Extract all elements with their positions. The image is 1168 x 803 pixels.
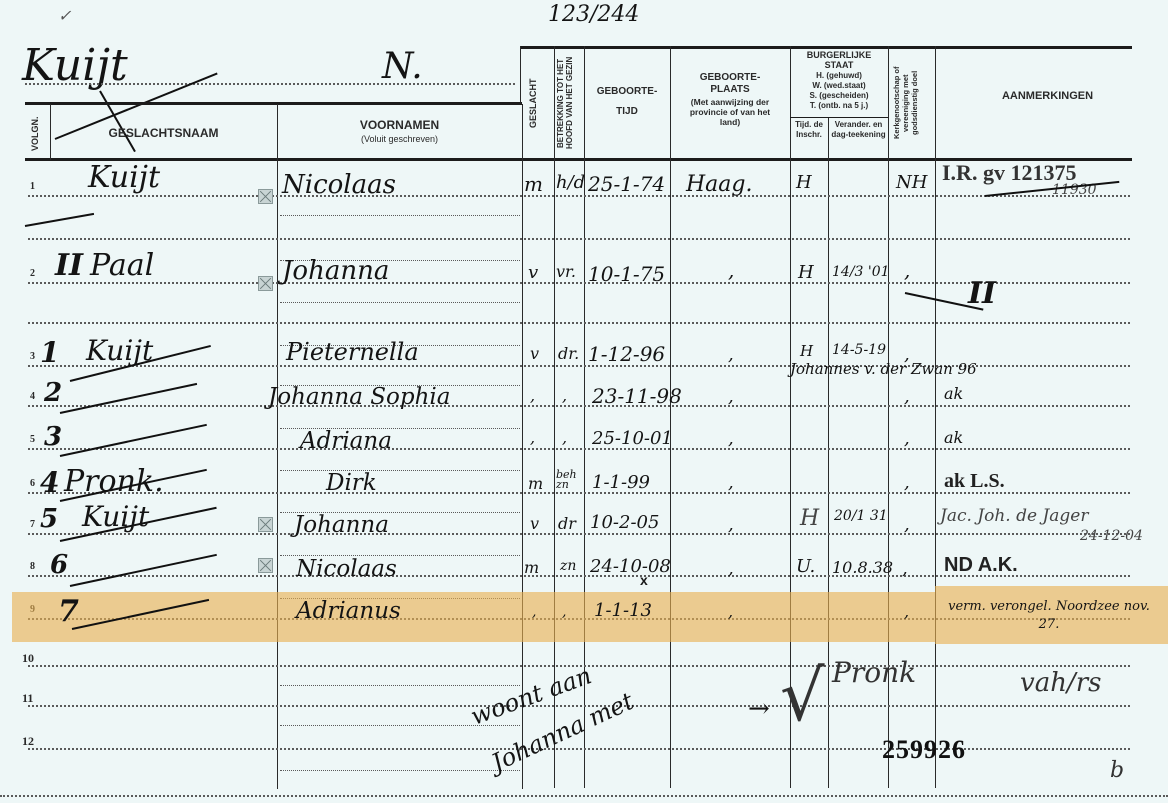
row-9-first-names: Adrianus: [296, 598, 401, 624]
serial-number: 259926: [882, 735, 966, 765]
row-subline-2: [28, 322, 1130, 324]
header-kerkgenootschap: Kerkgenootschap of vereeniging met godsd…: [892, 50, 932, 156]
row-7-religion: ,: [904, 514, 910, 535]
row-number-1: 1: [30, 181, 35, 192]
row-2-surname: Paal: [90, 248, 154, 283]
row-7-first-names: Johanna: [294, 512, 389, 538]
checkbox-row-2[interactable]: [258, 276, 273, 291]
row-6-sex: m: [528, 474, 543, 493]
row-number-4: 4: [30, 391, 35, 402]
row-5-birth-place: ,: [728, 428, 734, 449]
row-9-highlight: [12, 592, 935, 642]
header-aanmerkingen: AANMERKINGEN: [935, 90, 1160, 102]
row-6-religion: ,: [904, 472, 910, 493]
checkbox-row-8[interactable]: [258, 558, 273, 573]
row-8-civil-status: U.: [796, 556, 815, 577]
row-9-relation: ,: [562, 604, 566, 620]
row-7-remarks: Jac. Joh. de Jager: [940, 506, 1088, 526]
row-number-12: 12: [22, 734, 34, 749]
row-number-11: 11: [22, 691, 33, 706]
voornamen-subline-1: [280, 215, 520, 216]
col-line-bs-split: [828, 118, 829, 788]
row-7-civil-status: H: [800, 506, 819, 531]
row-number-7: 7: [30, 519, 35, 530]
row-7-civil-change: 20/1 31: [834, 508, 888, 524]
row-number-3: 3: [30, 351, 35, 362]
row-1-relation: h/d: [556, 172, 585, 193]
header-volgn: VOLGN.: [30, 110, 44, 158]
row-3-birth-date: 1-12-96: [588, 342, 665, 366]
bottom-check-mark: √: [780, 656, 825, 736]
row-2-sex: v: [528, 262, 538, 283]
row-9-birth-date: 1-1-13: [594, 600, 652, 621]
row-number-6: 6: [30, 478, 35, 489]
surname-strike-4: [60, 424, 207, 457]
row-4-religion: ,: [904, 386, 910, 407]
row-6-relation: beh zn: [556, 470, 582, 490]
col-line-geboorteplaats: [670, 46, 671, 788]
voornamen-subline-11: [280, 685, 520, 686]
header-bs-s: S. (gescheiden): [790, 91, 888, 100]
row-4-mark: 2: [44, 378, 62, 408]
row-4-birth-place: ,: [728, 386, 734, 407]
row-7-date-note: 24-12-04: [1080, 528, 1143, 544]
row-6-first-names: Dirk: [326, 470, 377, 496]
row-2-first-names: Johanna: [282, 256, 389, 286]
col-line-voornamen: [277, 104, 278, 789]
voornamen-subline-3: [280, 302, 520, 303]
header-burgerlijke-1: BURGERLIJKE: [790, 50, 888, 60]
bs-split-line: [790, 117, 888, 118]
checkbox-row-7[interactable]: [258, 517, 273, 532]
row-2-birth-place: ,: [728, 258, 734, 282]
row-3-relation: dr.: [558, 344, 579, 363]
row-5-birth-date: 25-10-01: [592, 428, 673, 449]
row-1-surname: Kuijt: [88, 160, 160, 195]
row-7-relation: dr: [558, 514, 576, 533]
row-line-11: [28, 705, 1130, 707]
header-step-line: [520, 46, 521, 104]
row-9-remarks: verm. verongel. Noordzee nov. 27.: [940, 598, 1158, 634]
header-geboorteplaats-sub: (Met aanwijzing der provincie of van het…: [684, 97, 776, 127]
row-8-sex: m: [524, 558, 539, 577]
row-6-mark: 4: [40, 466, 59, 499]
header-geslachtsnaam: GESLACHTSNAAM: [50, 126, 277, 140]
row-8-birth-place: ,: [728, 558, 734, 579]
row-2-civil-change: 14/3 '01: [832, 264, 890, 280]
row-line-7: [28, 533, 1130, 535]
header-geslacht: GESLACHT: [528, 50, 548, 156]
header-bs-tijd: Tijd. de Inschr.: [791, 120, 827, 140]
bottom-arrow: →: [748, 694, 770, 724]
row-line-4: [28, 405, 1130, 407]
row-6-birth-date: 1-1-99: [592, 472, 650, 493]
row-8-mark: 6: [50, 550, 68, 580]
row-8-birth-date: 24-10-08: [590, 556, 671, 577]
row-8-x-mark: x: [640, 572, 648, 588]
row-1-civil-status: H: [796, 172, 812, 193]
header-geboorteplaats-2: PLAATS: [670, 84, 790, 95]
row-3-birth-place: ,: [728, 344, 734, 365]
row-1-sex: m: [524, 172, 543, 196]
header-voornamen-sub: (Voluit geschreven): [277, 134, 522, 144]
row-9-mark: 7: [58, 594, 79, 629]
row-1-birth-place: Haag.: [686, 172, 753, 197]
top-tick-mark: ✓: [58, 6, 71, 25]
row-2-civil-status: H: [798, 262, 814, 283]
row-8-first-names: Nicolaas: [296, 556, 397, 582]
col-line-aanmerkingen: [935, 46, 936, 788]
row-line-5: [28, 448, 1130, 450]
row-3-civil-status: H: [800, 342, 813, 360]
row-1-first-names: Nicolaas: [282, 170, 396, 200]
row-1-religion: NH: [896, 172, 927, 193]
row-5-relation: ,: [562, 428, 567, 447]
row-5-remarks: ak: [944, 428, 963, 447]
title-dotted-line: [25, 83, 515, 85]
row-7-mark: 5: [40, 504, 58, 534]
row-5-religion: ,: [904, 428, 910, 449]
voornamen-subline-7: [280, 470, 520, 471]
row-3-first-names: Pieternella: [286, 338, 419, 366]
page-corner-mark: b: [1110, 758, 1124, 783]
bottom-edge-line: [0, 795, 1168, 797]
row-8-relation: zn: [560, 558, 576, 574]
row-9-religion: ,: [904, 602, 909, 621]
header-top-line-right: [520, 46, 1132, 49]
title-strike-2: [99, 91, 136, 153]
row-3-mark: 1: [40, 336, 59, 369]
row-8-remarks: ND A.K.: [944, 554, 1018, 577]
bottom-pronk: Pronk: [832, 656, 916, 689]
row-number-8: 8: [30, 561, 35, 572]
row-3-civil-change: 14-5-19: [832, 342, 886, 358]
row-7-sex: v: [530, 514, 539, 533]
header-top-line-left: [25, 102, 522, 105]
row-line-2: [28, 282, 1130, 284]
row-2-mark: II: [55, 248, 83, 283]
row-4-first-names: Johanna Sophia: [268, 384, 450, 410]
row-2-religion: ,: [904, 258, 910, 282]
header-bs-h: H. (gehuwd): [790, 71, 888, 80]
row-6-remarks: ak L.S.: [944, 470, 1005, 493]
row-4-remarks: ak: [944, 384, 963, 403]
row-3-sex: v: [530, 344, 539, 363]
row-8-civil-change: 10.8.38: [832, 558, 893, 577]
row-2-birth-date: 10-1-75: [588, 262, 665, 286]
header-burgerlijke-2: STAAT: [790, 60, 888, 70]
header-bs-t: T. (ontb. na 5 j.): [790, 101, 888, 110]
voornamen-subline-13: [280, 770, 520, 771]
checkbox-row-1[interactable]: [258, 189, 273, 204]
row-2-relation: vr.: [556, 262, 576, 281]
row-4-relation: ,: [562, 386, 567, 405]
row-number-2: 2: [30, 268, 35, 279]
row-5-first-names: Adriana: [300, 428, 392, 454]
row-5-mark: 3: [44, 422, 62, 452]
header-geboorteplaats-1: GEBOORTE-: [670, 72, 790, 83]
surname-strike-7: [70, 554, 217, 587]
spouse-note: Johannes v. der Zwan 96: [790, 360, 977, 378]
header-geboortetijd-2: TIJD: [584, 106, 670, 117]
header-betrekking: BETREKKING TOT HET HOOFD VAN HET GEZIN: [556, 50, 584, 156]
surname-strike-3: [60, 383, 197, 414]
row-line-1: [28, 195, 1130, 197]
header-voornamen: VOORNAMEN: [277, 118, 522, 132]
page-reference: 123/244: [548, 2, 639, 27]
row-4-birth-date: 23-11-98: [592, 384, 682, 408]
row-subline-1: [28, 238, 1130, 240]
row-7-birth-place: ,: [728, 514, 734, 535]
title-initial: N.: [382, 46, 423, 87]
row-6-birth-place: ,: [728, 472, 734, 493]
header-bs-verander: Verander. en dag-teekening: [829, 120, 888, 140]
header-geboortetijd-1: GEBOORTE-: [584, 86, 670, 97]
row-4-sex: ,: [530, 386, 535, 405]
row-number-10: 10: [22, 651, 34, 666]
row-7-birth-date: 10-2-05: [590, 512, 659, 533]
bottom-right-note: vah/rs: [1020, 668, 1101, 698]
row-1-birth-date: 25-1-74: [588, 172, 665, 196]
header-bs-w: W. (wed.staat): [790, 81, 888, 90]
row-8-religion: ,: [902, 558, 908, 579]
row-number-5: 5: [30, 434, 35, 445]
row-5-sex: ,: [530, 428, 535, 447]
row-9-birth-place: ,: [728, 602, 733, 621]
surname-strike-1: [25, 213, 94, 227]
row-9-sex: ,: [532, 604, 536, 620]
